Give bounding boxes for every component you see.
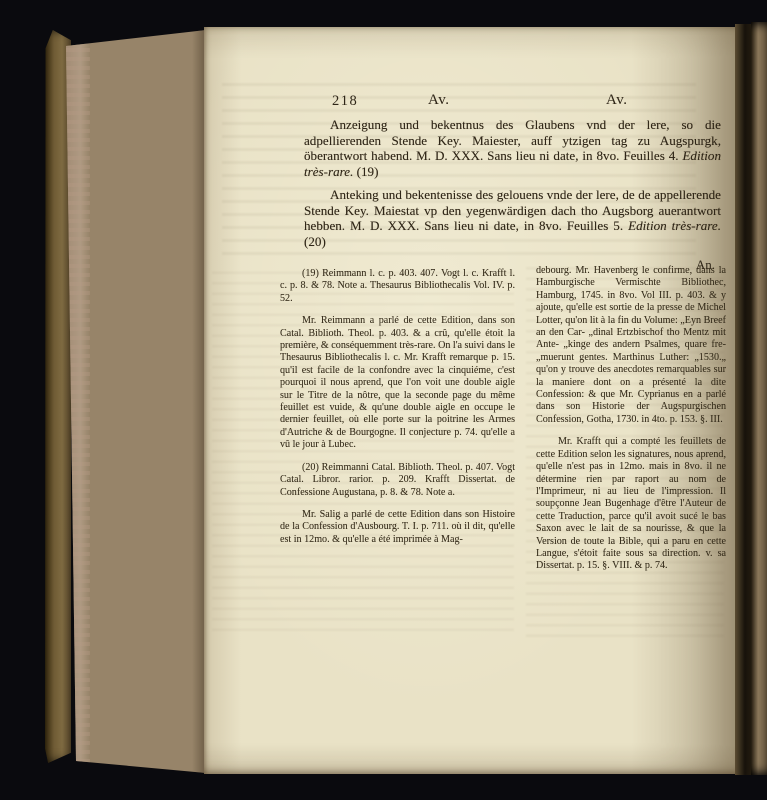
page-number: 218 <box>332 93 358 110</box>
footnotes-right-column: debourg. Mr. Havenberg le confirme, dans… <box>536 265 726 583</box>
footnote-reference: (19) <box>357 164 379 179</box>
entry-paragraph-german: Anzeigung und bekentnus des Glaubens vnd… <box>304 117 721 179</box>
entry-body: Anzeigung und bekentnus des Glaubens vnd… <box>304 117 721 163</box>
footnote-paragraph: (20) Reimmanni Catal. Biblioth. Theol. p… <box>280 462 515 499</box>
main-text-block: Anzeigung und bekentnus des Glaubens vnd… <box>304 117 721 273</box>
footnote-paragraph: (19) Reimmann l. c. p. 403. 407. Vogt l.… <box>280 268 515 305</box>
photograph-background: 218 Av. Av. Anzeigung und bekentnus des … <box>0 0 767 800</box>
facing-page-edge <box>751 22 767 775</box>
running-head-left: Av. <box>428 92 450 109</box>
footnote-paragraph: debourg. Mr. Havenberg le confirme, dans… <box>536 265 726 426</box>
footnotes-left-column: (19) Reimmann l. c. p. 403. 407. Vogt l.… <box>280 268 515 556</box>
footnote-paragraph: Mr. Reimmann a parlé de cette Edition, d… <box>280 315 515 451</box>
book-cover-edge <box>45 30 71 763</box>
footnote-paragraph: Mr. Salig a parlé de cette Edition dans … <box>280 509 515 546</box>
book-fore-edge-pages <box>66 30 206 773</box>
book-page: 218 Av. Av. Anzeigung und bekentnus des … <box>204 27 738 774</box>
entry-paragraph-lowgerman: Anteking und bekentenisse des gelouens v… <box>304 187 721 249</box>
edition-note: Edition très-rare. <box>628 218 721 233</box>
footnote-paragraph: Mr. Krafft qui a compté les feuillets de… <box>536 436 726 572</box>
running-head-right: Av. <box>606 92 628 109</box>
footnote-reference: (20) <box>304 234 326 249</box>
